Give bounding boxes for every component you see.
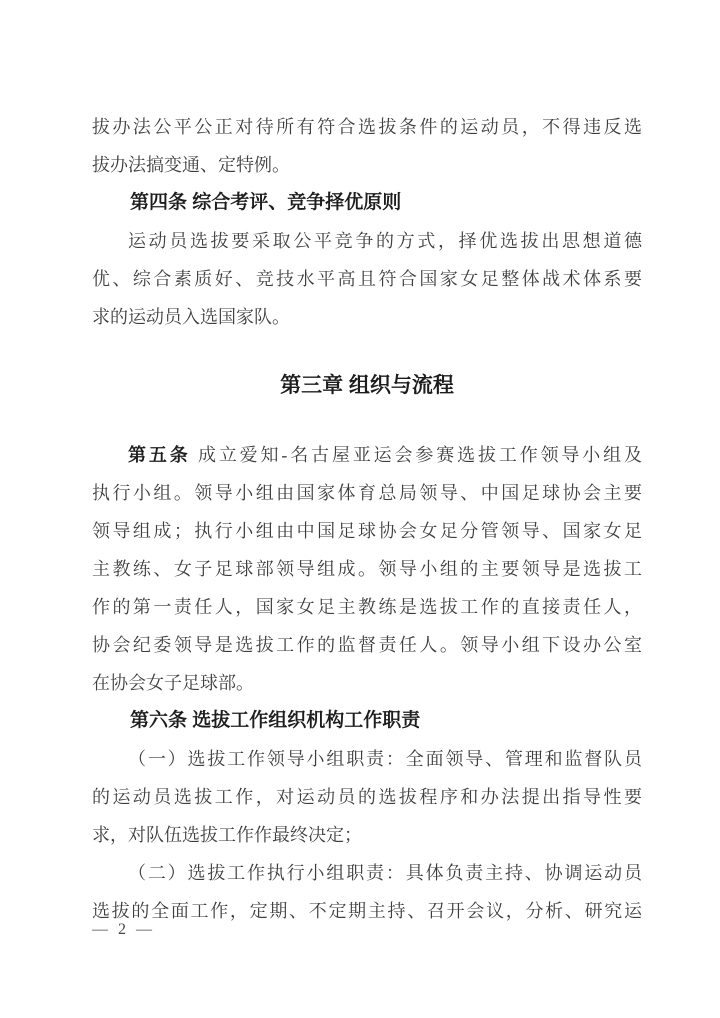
- document-page: 拔办法公平公正对待所有符合选拔条件的运动员，不得违反选拔办法搞变通、定特例。第四…: [0, 0, 720, 1018]
- article-number-bold: 第五条: [128, 445, 191, 465]
- body-line: 拔办法公平公正对待所有符合选拔条件的运动员，不得违反选: [92, 108, 642, 146]
- body-line: 的运动员选拔工作，对运动员的选拔程序和办法提出指导性要: [92, 778, 642, 816]
- body-line: （二）选拔工作执行小组职责：具体负责主持、协调运动员: [92, 854, 642, 892]
- body-line: 求，对队伍选拔工作作最终决定；: [92, 816, 642, 854]
- body-line: 拔办法搞变通、定特例。: [92, 146, 642, 184]
- body-line-text: 成立爱知-名古屋亚运会参赛选拔工作领导小组及: [191, 445, 642, 465]
- body-line: 运动员选拔要采取公平竞争的方式，择优选拔出思想道德: [92, 222, 642, 260]
- body-line: 协会纪委领导是选拔工作的监督责任人。领导小组下设办公室: [92, 626, 642, 664]
- body-line: 主教练、女子足球部领导组成。领导小组的主要领导是选拔工: [92, 550, 642, 588]
- page-number: — 2 —: [92, 920, 155, 940]
- body-line: 选拔的全面工作，定期、不定期主持、召开会议，分析、研究运: [92, 892, 642, 930]
- body-line: 执行小组。领导小组由国家体育总局领导、中国足球协会主要: [92, 474, 642, 512]
- body-line: 领导组成；执行小组由中国足球协会女足分管领导、国家女足: [92, 512, 642, 550]
- document-body: 拔办法公平公正对待所有符合选拔条件的运动员，不得违反选拔办法搞变通、定特例。第四…: [92, 108, 642, 930]
- chapter-heading: 第三章 组织与流程: [92, 366, 642, 406]
- article-heading: 第六条 选拔工作组织机构工作职责: [92, 702, 642, 740]
- body-line: 作的第一责任人，国家女足主教练是选拔工作的直接责任人，: [92, 588, 642, 626]
- body-line: （一）选拔工作领导小组职责：全面领导、管理和监督队员: [92, 740, 642, 778]
- article-heading: 第四条 综合考评、竞争择优原则: [92, 184, 642, 222]
- body-line: 求的运动员入选国家队。: [92, 298, 642, 336]
- body-line: 第五条 成立爱知-名古屋亚运会参赛选拔工作领导小组及: [92, 436, 642, 474]
- body-line: 在协会女子足球部。: [92, 664, 642, 702]
- body-line: 优、综合素质好、竞技水平高且符合国家女足整体战术体系要: [92, 260, 642, 298]
